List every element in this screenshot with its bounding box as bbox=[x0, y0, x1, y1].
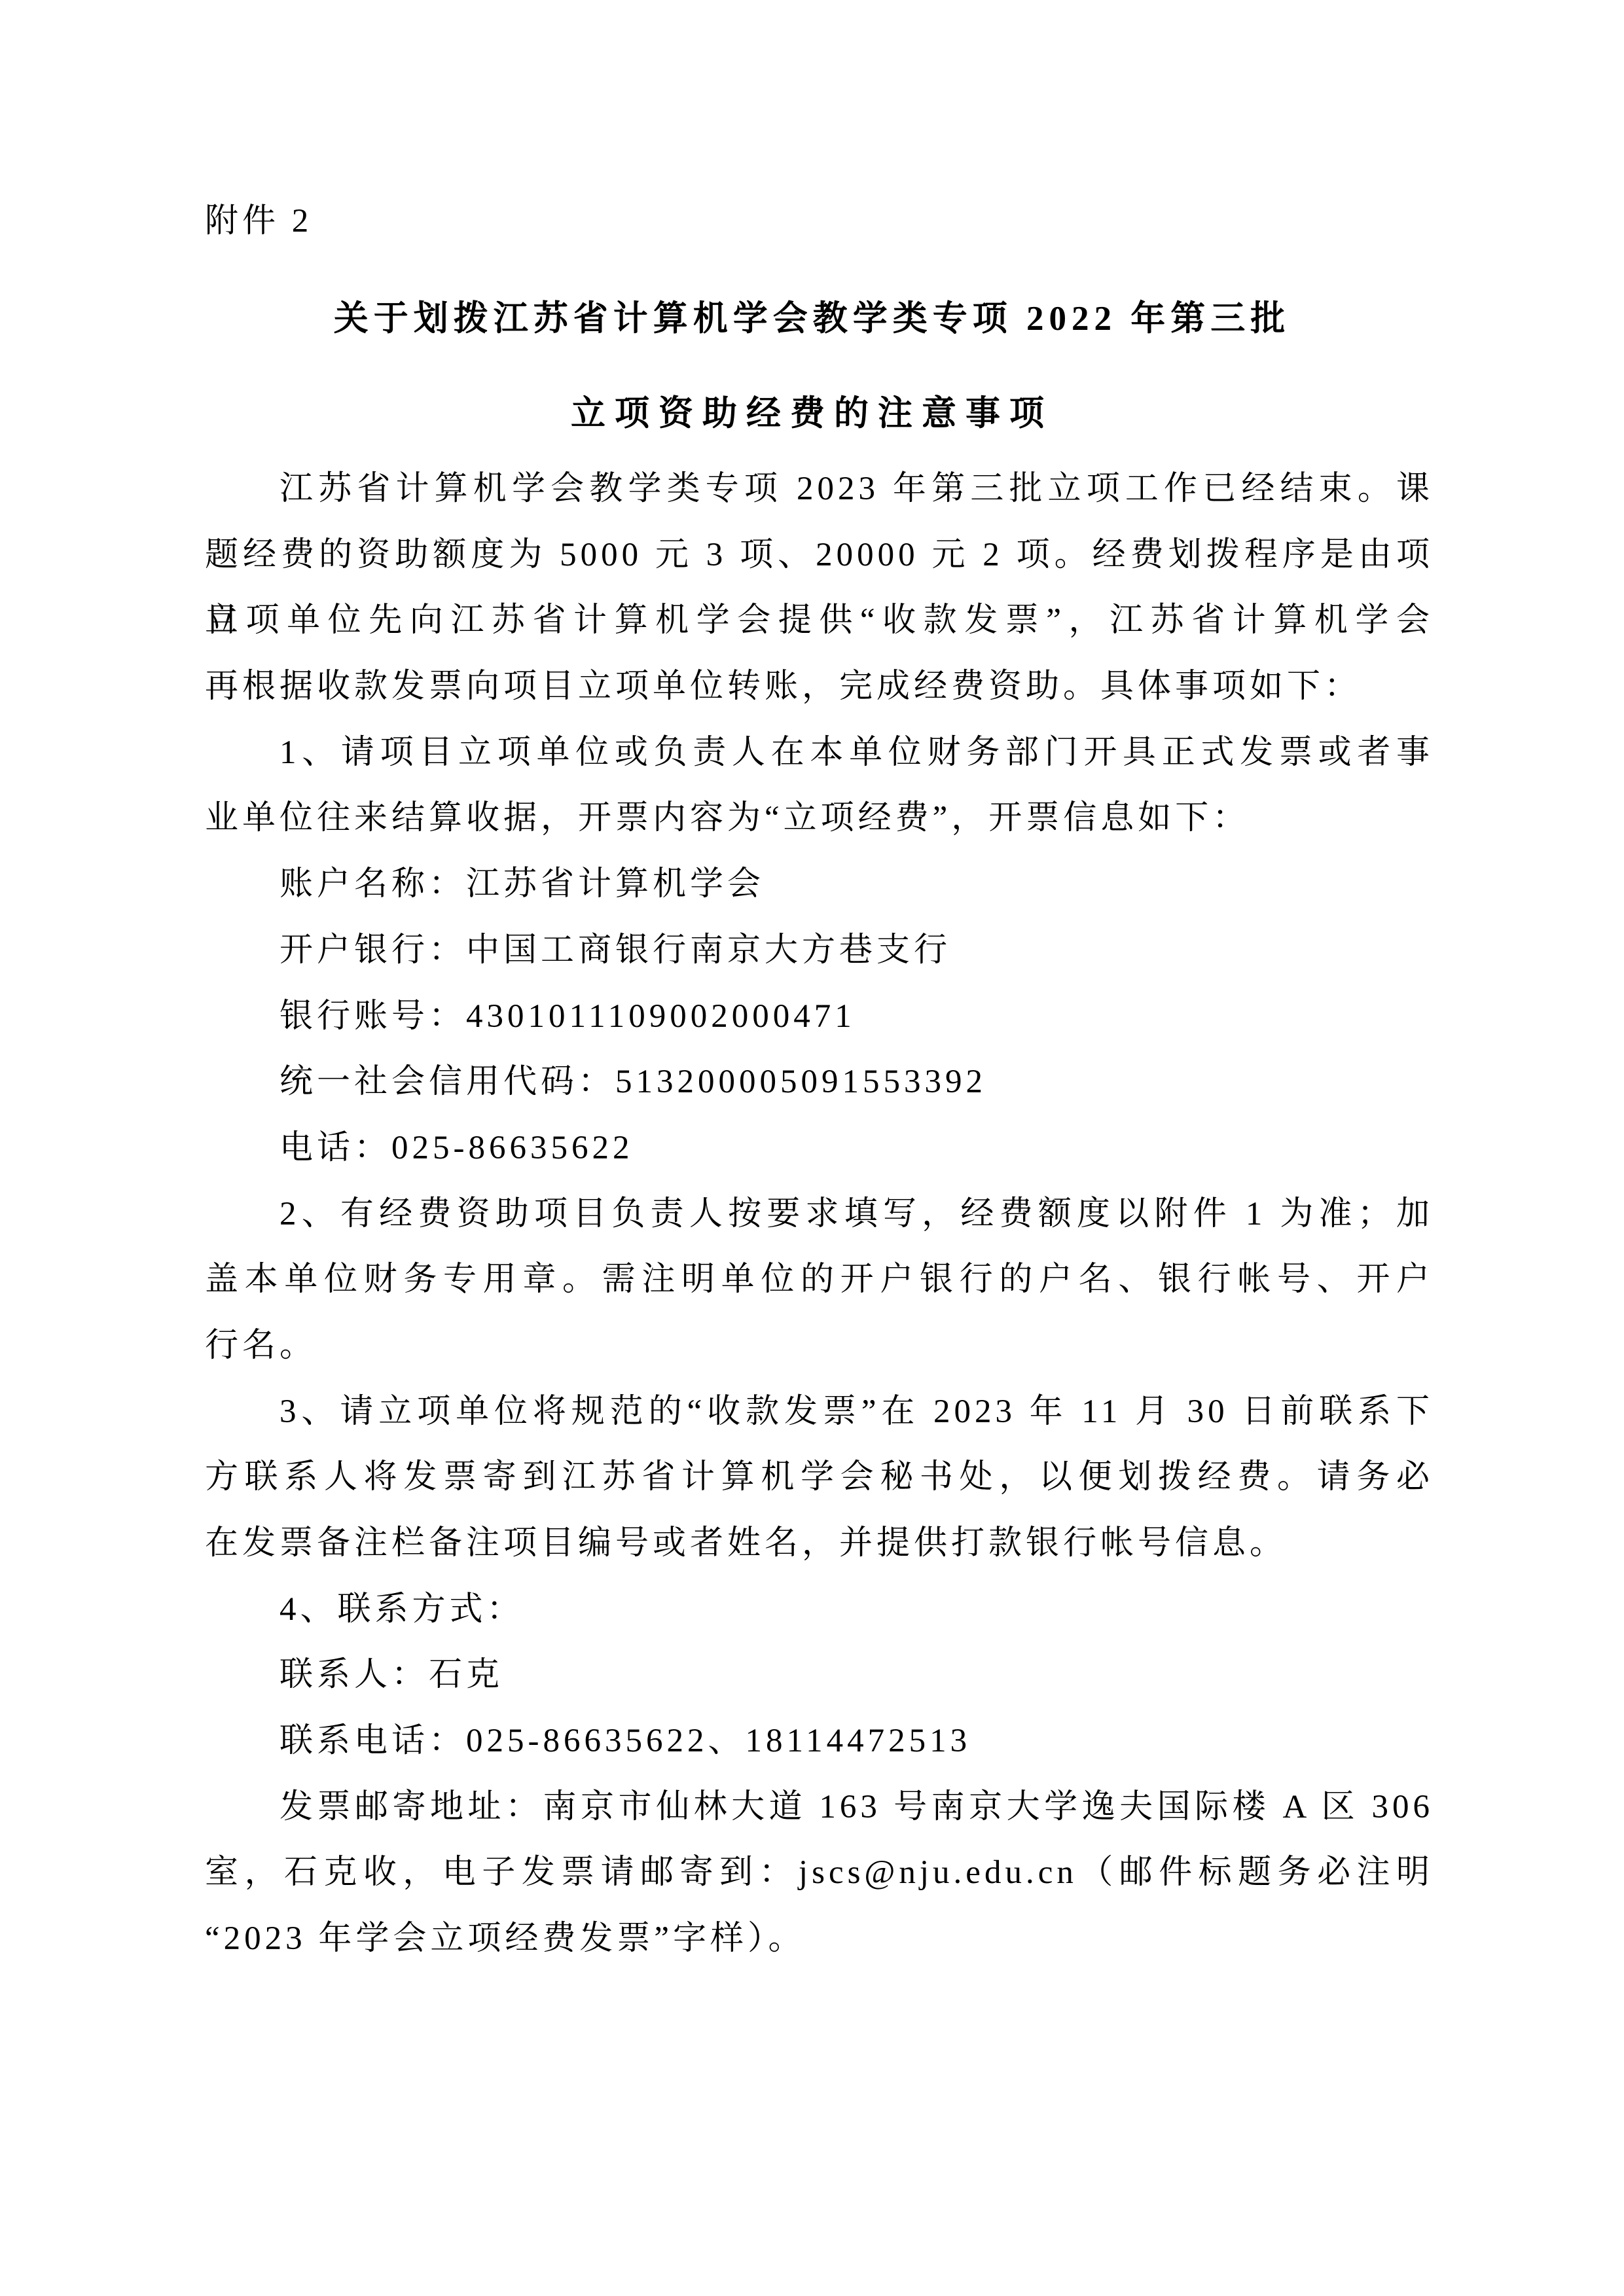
body-line-mail-address: 发票邮寄地址：南京市仙林大道 163 号南京大学逸夫国际楼 A 区 306 bbox=[205, 1774, 1434, 1840]
body-line: 立项单位先向江苏省计算机学会提供“收款发票”，江苏省计算机学会 bbox=[205, 588, 1434, 654]
body-line: 方联系人将发票寄到江苏省计算机学会秘书处，以便划拨经费。请务必 bbox=[205, 1444, 1434, 1511]
body-line: 盖本单位财务专用章。需注明单位的开户银行的户名、银行帐号、开户 bbox=[205, 1247, 1434, 1313]
body-line-email: 室，石克收，电子发票请邮寄到：jscs@nju.edu.cn（邮件标题务必注明 bbox=[205, 1840, 1434, 1906]
body-line-credit-code: 统一社会信用代码：513200005091553392 bbox=[205, 1049, 1434, 1115]
document-title-line1: 关于划拨江苏省计算机学会教学类专项 2022 年第三批 bbox=[0, 298, 1624, 340]
body-line: 再根据收款发票向项目立项单位转账，完成经费资助。具体事项如下： bbox=[205, 654, 1434, 720]
document-title-line2: 立项资助经费的注意事项 bbox=[0, 393, 1624, 435]
body-line: 1、请项目立项单位或负责人在本单位财务部门开具正式发票或者事 bbox=[205, 720, 1434, 786]
document-body: 江苏省计算机学会教学类专项 2023 年第三批立项工作已经结束。课 题经费的资助… bbox=[205, 456, 1434, 1972]
body-line-phone: 电话：025-86635622 bbox=[205, 1115, 1434, 1181]
attachment-label: 附件 2 bbox=[205, 202, 312, 241]
body-line-contact-phone: 联系电话：025-86635622、18114472513 bbox=[205, 1708, 1434, 1774]
body-line: 行名。 bbox=[205, 1313, 1434, 1379]
body-line-bank-account: 银行账号：4301011109002000471 bbox=[205, 984, 1434, 1050]
body-line-contact-person: 联系人：石克 bbox=[205, 1642, 1434, 1708]
body-line: 江苏省计算机学会教学类专项 2023 年第三批立项工作已经结束。课 bbox=[205, 456, 1434, 522]
body-line: “2023 年学会立项经费发票”字样）。 bbox=[205, 1906, 1434, 1972]
body-line: 题经费的资助额度为 5000 元 3 项、20000 元 2 项。经费划拨程序是… bbox=[205, 522, 1434, 588]
body-line-contact-heading: 4、联系方式： bbox=[205, 1577, 1434, 1643]
body-line-bank-name: 开户银行：中国工商银行南京大方巷支行 bbox=[205, 918, 1434, 984]
body-line: 在发票备注栏备注项目编号或者姓名，并提供打款银行帐号信息。 bbox=[205, 1511, 1434, 1577]
body-line-account-name: 账户名称：江苏省计算机学会 bbox=[205, 852, 1434, 918]
body-line: 3、请立项单位将规范的“收款发票”在 2023 年 11 月 30 日前联系下 bbox=[205, 1379, 1434, 1445]
body-line: 业单位往来结算收据，开票内容为“立项经费”，开票信息如下： bbox=[205, 785, 1434, 852]
document-page: 附件 2 关于划拨江苏省计算机学会教学类专项 2022 年第三批 立项资助经费的… bbox=[0, 0, 1624, 2296]
body-line: 2、有经费资助项目负责人按要求填写，经费额度以附件 1 为准；加 bbox=[205, 1181, 1434, 1247]
